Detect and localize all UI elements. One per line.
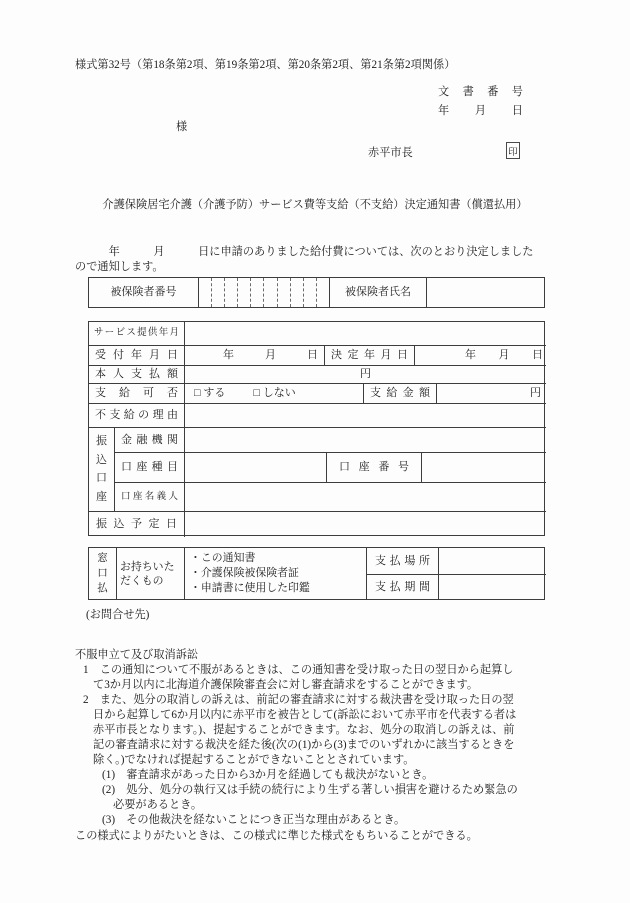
bank-value (184, 427, 546, 452)
account-holder-value (184, 482, 546, 511)
reception-date-label: 受付年月日 (89, 345, 184, 365)
digit-box (303, 278, 316, 307)
payment-amount-unit: 円 (436, 383, 546, 403)
legal-line: 日から起算して6か月以内に赤平市を被告として(訴訟において赤平市を代表する者は (93, 708, 516, 723)
bring-items: ・この通知書 ・介護保険被保険者証 ・申請書に使用した印鑑 (184, 548, 366, 599)
self-paid-label: 本人支払額 (89, 365, 184, 383)
intro-line-2: ので通知します。 (75, 260, 164, 275)
issuer-name: 赤平市長 (368, 146, 413, 161)
digit-box (224, 278, 237, 307)
bring-label: お持ちいただくもの (116, 548, 184, 599)
payment-amount-label: 支給金額 (363, 383, 436, 403)
bring-item: ・介護保険被保険者証 (190, 566, 299, 581)
form-page: 様式第32号（第18条第2項、第19条第2項、第20条第2項、第21条第2項関係… (0, 0, 630, 903)
legal-line: 除く。)でなければ提起することができないこととされています。 (93, 753, 414, 768)
issue-date-label: 年月日 (438, 104, 523, 119)
account-number-label: 口座番号 (326, 452, 421, 482)
legal-line: 2 また、処分の取消しの訴えは、前記の審査請求に対する裁決書を受け取った日の翌 (83, 693, 514, 708)
legal-line: て3か月以内に北海道介護保険審査会に対し審査請求をすることができます。 (93, 678, 478, 693)
contact-label: (お問合せ先) (86, 608, 149, 623)
legal-line: (2) 処分、処分の執行又は手続の続行により生ずる著しい損害を避けるため緊急の (102, 783, 518, 798)
seal-mark: 印 (506, 142, 520, 159)
bank-account-group-label: 振込口座 (89, 427, 114, 511)
approval-checkbox-no: □ しない (253, 387, 295, 400)
approval-label: 支給可否 (89, 383, 184, 403)
pay-period-label: 支払期間 (366, 574, 438, 599)
service-month-label: サービス提供年月 (89, 322, 184, 345)
insured-name-label: 被保険者氏名 (329, 278, 426, 307)
pay-period-value (438, 574, 546, 599)
bring-item: ・この通知書 (190, 551, 255, 566)
denial-reason-value (184, 403, 546, 427)
legal-line: (3) その他裁決を経ないことにつき正当な理由があるとき。 (102, 813, 405, 828)
legal-heading: 不服申立て及び取消訴訟 (75, 648, 198, 663)
digit-box (316, 278, 329, 307)
transfer-date-value (184, 511, 546, 537)
digit-box (250, 278, 263, 307)
digit-box (211, 278, 224, 307)
doc-number-label: 文書番号 (438, 85, 523, 100)
intro-line-1: 年 月 日に申請のありました給付費については、次のとおり決定しました (75, 245, 533, 260)
account-type-label: 口座種目 (114, 452, 184, 482)
decision-table: サービス提供年月 受付年月日 年月日 決定年月日 年月日 本人支払額 円 支給可… (88, 321, 545, 536)
digit-box (263, 278, 276, 307)
legal-line: 必要があるとき。 (113, 798, 202, 813)
legal-line: 赤平市長となります。)、提起することができます。なお、処分の取消しの訴えは、前 (93, 723, 514, 738)
reception-date-value: 年月日 (184, 345, 324, 365)
account-type-value (184, 452, 326, 482)
window-pay-label: 窓口払 (89, 548, 116, 599)
approval-checkbox-yes: □ する (194, 387, 225, 400)
pay-place-value (438, 548, 546, 574)
bank-label: 金融機関 (114, 427, 184, 452)
legal-line: 1 この通知について不服があるときは、この通知書を受け取った日の翌日から起算し (83, 663, 514, 678)
digit-box (290, 278, 303, 307)
self-paid-unit: 円 (184, 365, 546, 383)
window-payment-table: 窓口払 お持ちいただくもの ・この通知書 ・介護保険被保険者証 ・申請書に使用し… (88, 547, 545, 600)
approval-options: □ する□ しない (184, 383, 363, 403)
insured-number-boxes (198, 278, 329, 307)
insured-table: 被保険者番号 被保険者氏名 (88, 277, 545, 308)
legal-line: 記の審査請求に対する裁決を経た後(次の(1)から(3)までのいずれかに該当すると… (93, 738, 514, 753)
decision-date-label: 決定年月日 (324, 345, 414, 365)
digit-box (237, 278, 250, 307)
addressee-suffix: 様 (176, 120, 187, 135)
legal-line: (1) 審査請求があった日から3か月を経過しても裁決がないとき。 (102, 768, 433, 783)
transfer-date-label: 振込予定日 (89, 511, 184, 537)
digit-box (199, 278, 211, 307)
account-holder-label: 口座名義人 (114, 482, 184, 511)
account-number-value (421, 452, 546, 482)
decision-date-value: 年月日 (414, 345, 546, 365)
insured-number-label: 被保険者番号 (89, 278, 198, 307)
bring-item: ・申請書に使用した印鑑 (190, 581, 310, 596)
form-number: 様式第32号（第18条第2項、第19条第2項、第20条第2項、第21条第2項関係… (75, 58, 455, 73)
pay-place-label: 支払場所 (366, 548, 438, 574)
digit-box (277, 278, 290, 307)
footer-note: この様式によりがたいときは、この様式に準じた様式をもちいることができる。 (75, 829, 478, 844)
document-title: 介護保険居宅介護（介護予防）サービス費等支給（不支給）決定通知書（償還払用） (0, 198, 630, 213)
service-month-value (184, 322, 546, 345)
insured-name-value (426, 278, 546, 307)
denial-reason-label: 不支給の理由 (89, 403, 184, 427)
